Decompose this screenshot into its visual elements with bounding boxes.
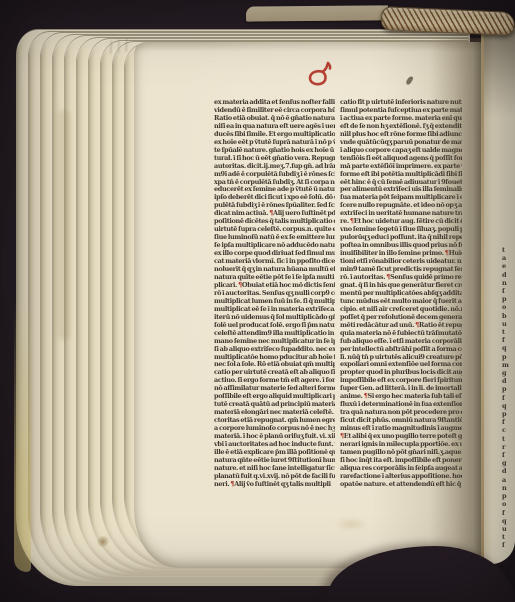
spine-cap [246, 5, 388, 21]
red-quire-mark-icon [306, 60, 336, 90]
text-column-left: ex materia addita et ſenſus noſter falli… [214, 99, 335, 495]
stain [96, 536, 110, 547]
gutter-shadow [430, 38, 484, 564]
photo-of-open-book: ex materia addita et ſenſus noſter falli… [0, 0, 515, 602]
yellowed-leaf-edge [14, 300, 31, 572]
gutter-crease [481, 34, 484, 564]
facing-page-sliver: t a e d n ſ p o b u t f q p m g d p ſ q … [484, 28, 515, 564]
stain [336, 518, 366, 530]
foxing-stain [58, 110, 70, 340]
text-block: ex materia addita et ſenſus noſter falli… [214, 99, 462, 495]
facing-page-edge-text: t a e d n ſ p o b u t f q p m g d p ſ q … [502, 246, 514, 552]
